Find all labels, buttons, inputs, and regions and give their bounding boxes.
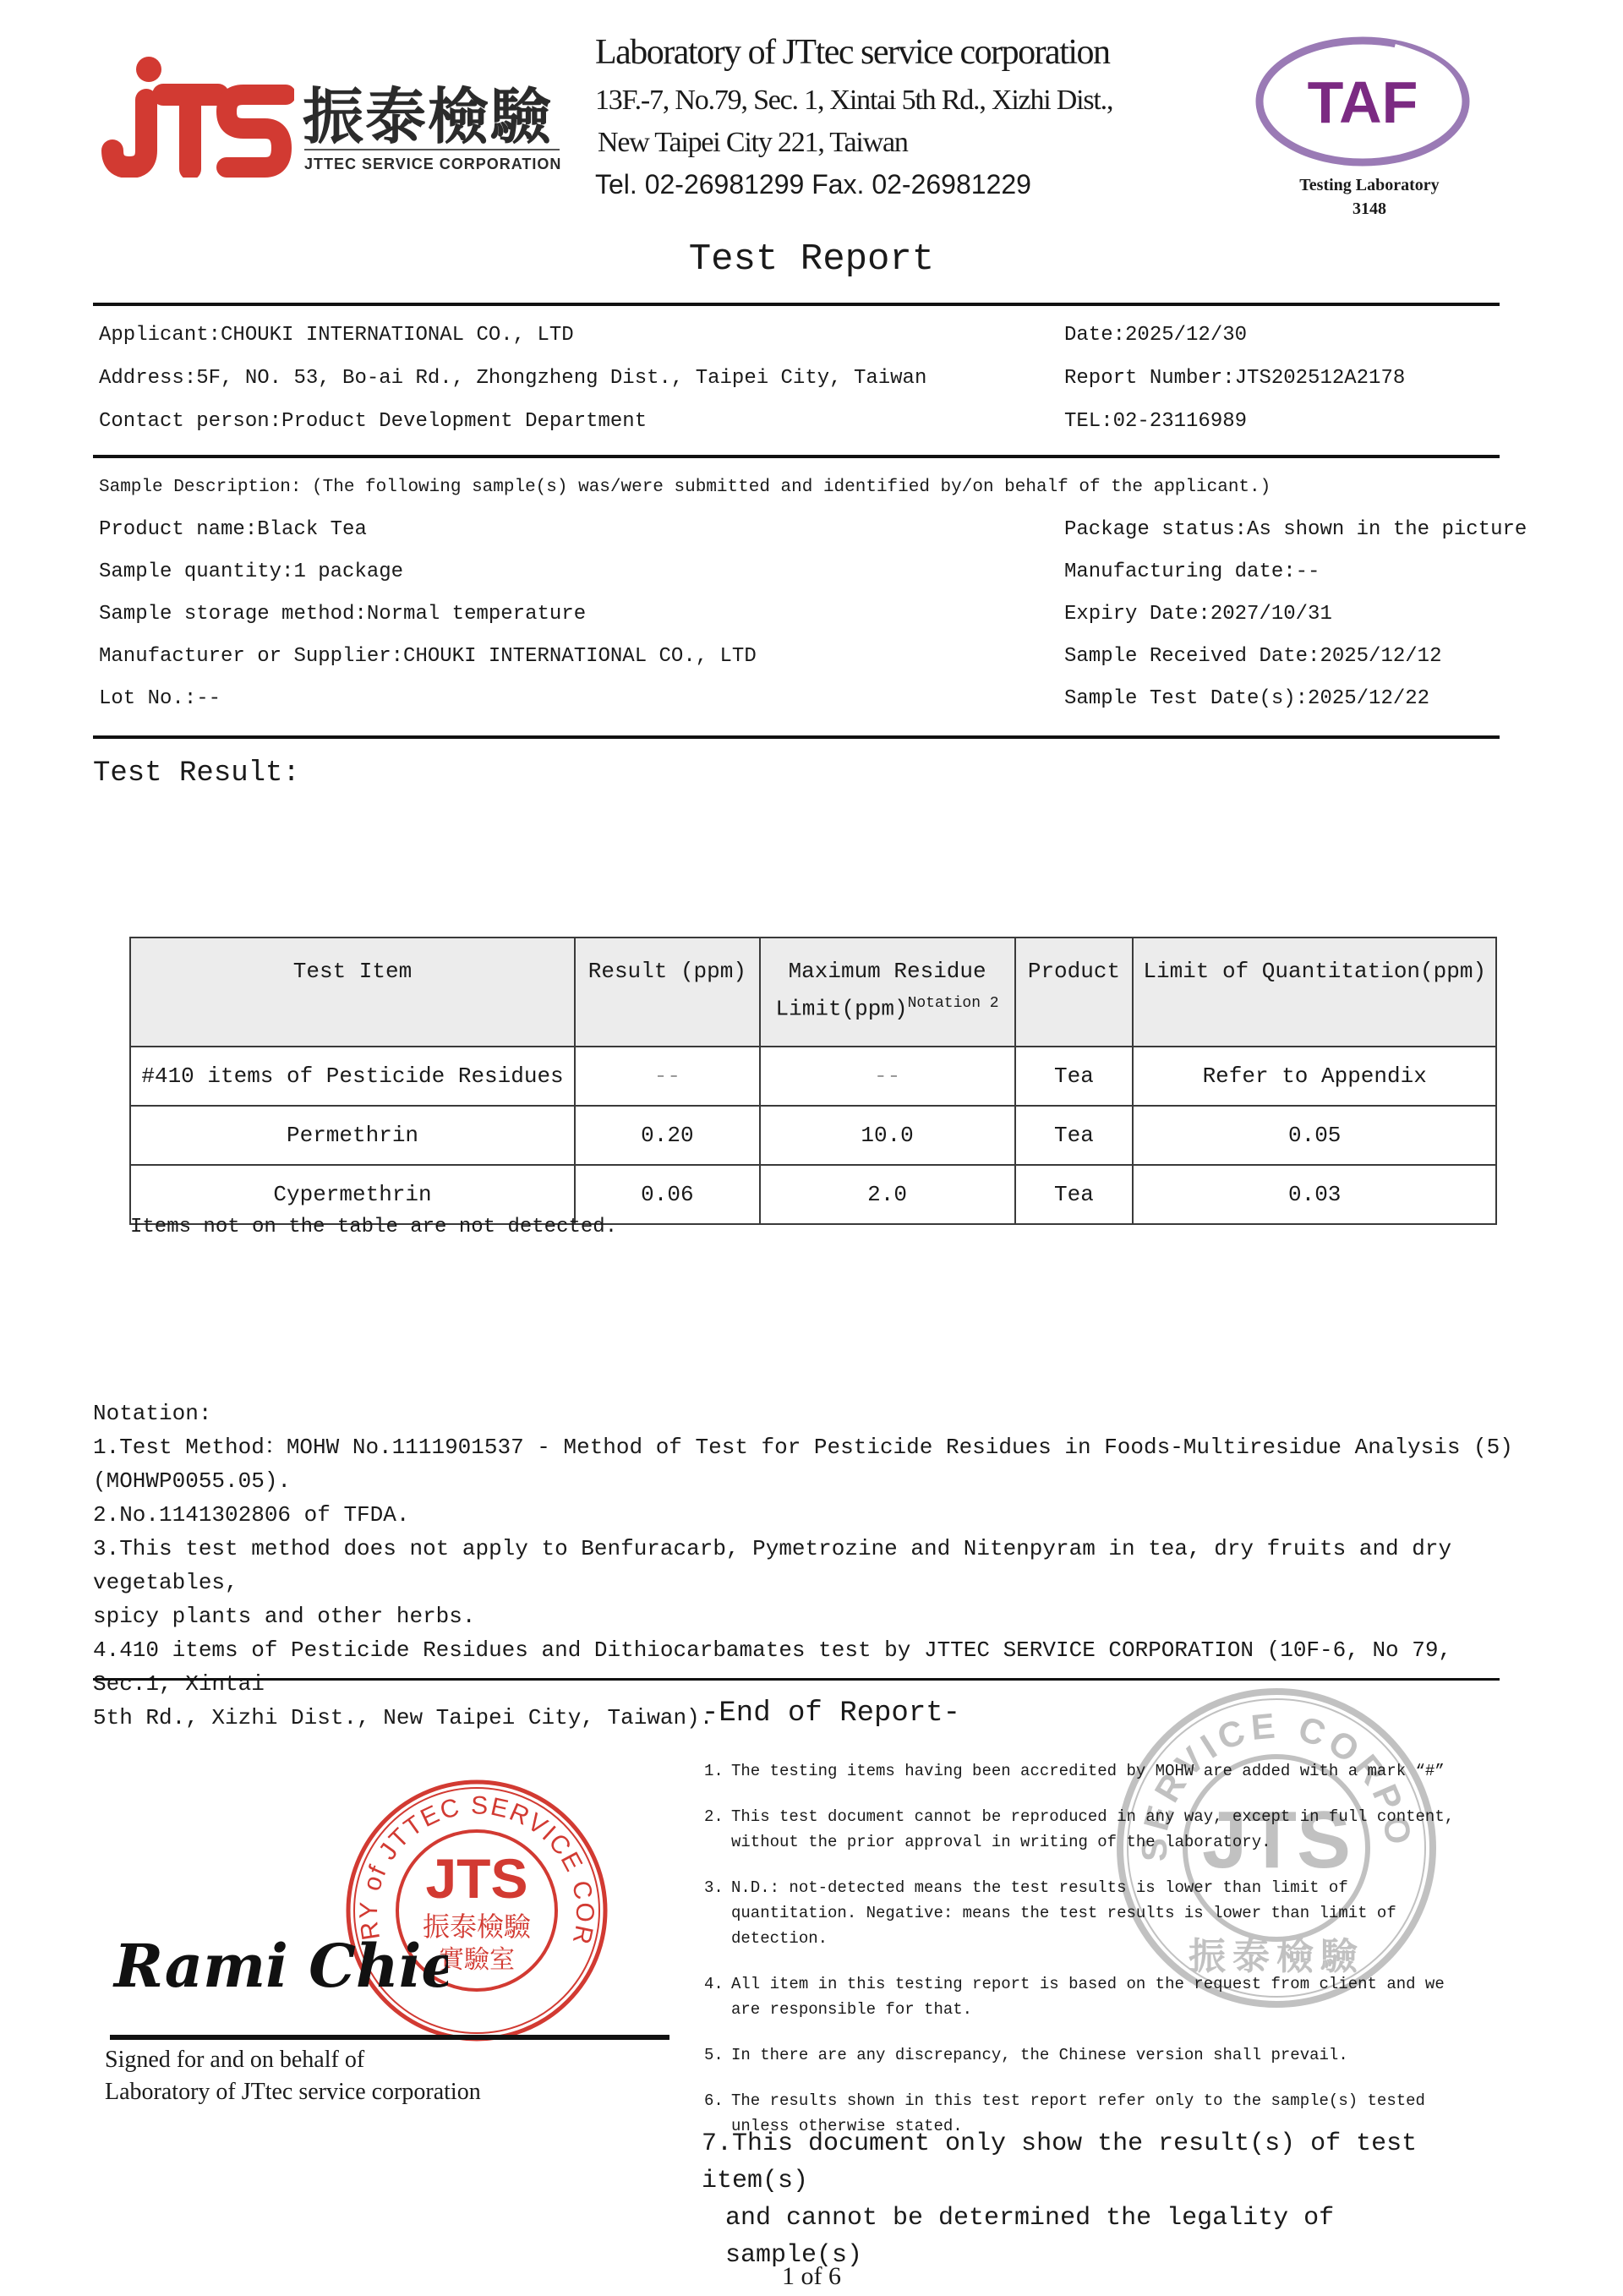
notation-heading: Notation: bbox=[93, 1397, 1530, 1430]
taf-caption-text: Testing Laboratory bbox=[1268, 173, 1471, 197]
column-header-mrl: Maximum Residue Limit(ppm)Notation 2 bbox=[760, 938, 1015, 1047]
lot-number-field: Lot No.:-- bbox=[99, 686, 221, 712]
logo-chinese-name: 振泰檢驗 bbox=[303, 68, 553, 156]
term-item: 4.All item in this testing report is bas… bbox=[704, 1971, 1482, 2022]
term-item: 5.In there are any discrepancy, the Chin… bbox=[704, 2042, 1482, 2068]
lab-address-line2: New Taipei City 221, Taiwan bbox=[598, 127, 908, 159]
cell-result: 0.20 bbox=[575, 1106, 760, 1165]
cell-product: Tea bbox=[1015, 1047, 1134, 1106]
table-row: Permethrin 0.20 10.0 Tea 0.05 bbox=[130, 1106, 1496, 1165]
column-header-result: Result (ppm) bbox=[575, 938, 760, 1047]
cell-test-item: Permethrin bbox=[130, 1106, 575, 1165]
signature-caption: Signed for and on behalf of Laboratory o… bbox=[105, 2044, 481, 2108]
notation-item: 3.This test method does not apply to Ben… bbox=[93, 1532, 1530, 1633]
table-row: #410 items of Pesticide Residues -- -- T… bbox=[130, 1047, 1496, 1106]
manufacturing-date-field: Manufacturing date:-- bbox=[1064, 560, 1320, 585]
cell-loq: Refer to Appendix bbox=[1133, 1047, 1496, 1106]
lab-name: Laboratory of JTtec service corporation bbox=[595, 32, 1110, 73]
logo-english-name: JTTEC SERVICE CORPORATION bbox=[304, 156, 561, 173]
address-field: Address:5F, NO. 53, Bo-ai Rd., Zhongzhen… bbox=[99, 366, 926, 391]
cell-product: Tea bbox=[1015, 1165, 1134, 1224]
column-header-loq: Limit of Quantitation(ppm) bbox=[1133, 938, 1496, 1047]
cell-loq: 0.03 bbox=[1133, 1165, 1496, 1224]
results-table: Test Item Result (ppm) Maximum Residue L… bbox=[129, 937, 1497, 1225]
table-footnote: Items not on the table are not detected. bbox=[130, 1216, 617, 1238]
end-of-report: -End of Report- bbox=[702, 1697, 960, 1730]
report-number-field: Report Number:JTS202512A2178 bbox=[1064, 366, 1405, 391]
divider bbox=[93, 1678, 1500, 1681]
signature-icon: Rami Chien bbox=[110, 1919, 448, 2012]
column-header-test-item: Test Item bbox=[130, 938, 575, 1047]
tel-number: 02-26981299 bbox=[645, 169, 805, 200]
tel-label: Tel. bbox=[595, 169, 637, 200]
date-field: Date:2025/12/30 bbox=[1064, 323, 1247, 348]
test-date-field: Sample Test Date(s):2025/12/22 bbox=[1064, 686, 1429, 712]
cell-mrl: 10.0 bbox=[760, 1106, 1015, 1165]
notation-section: Notation: 1.Test Method：MOHW No.11119015… bbox=[93, 1397, 1530, 1735]
taf-lab-number: 3148 bbox=[1268, 197, 1471, 221]
svg-text:實驗室: 實驗室 bbox=[439, 1945, 515, 1975]
cell-mrl: -- bbox=[760, 1047, 1015, 1106]
storage-method-field: Sample storage method:Normal temperature bbox=[99, 602, 586, 627]
term-item: 3.N.D.: not-detected means the test resu… bbox=[704, 1875, 1482, 1951]
notation-item: 2.No.1141302806 of TFDA. bbox=[93, 1498, 1530, 1532]
expiry-date-field: Expiry Date:2027/10/31 bbox=[1064, 602, 1332, 627]
term-item-7: 7.This document only show the result(s) … bbox=[702, 2125, 1462, 2274]
cell-result: -- bbox=[575, 1047, 760, 1106]
lab-address-line1: 13F.-7, No.79, Sec. 1, Xintai 5th Rd., X… bbox=[595, 85, 1112, 117]
svg-text:Rami Chien: Rami Chien bbox=[112, 1931, 448, 2001]
fax-number: 02-26981229 bbox=[872, 169, 1031, 200]
contact-person-field: Contact person:Product Development Depar… bbox=[99, 409, 647, 435]
product-name-field: Product name:Black Tea bbox=[99, 517, 367, 543]
received-date-field: Sample Received Date:2025/12/12 bbox=[1064, 644, 1441, 670]
page-number: 1 of 6 bbox=[0, 2262, 1623, 2291]
table-header-row: Test Item Result (ppm) Maximum Residue L… bbox=[130, 938, 1496, 1047]
sample-description: Sample Description: (The following sampl… bbox=[99, 475, 1271, 500]
sample-quantity-field: Sample quantity:1 package bbox=[99, 560, 403, 585]
report-title: Test Report bbox=[0, 238, 1623, 281]
column-header-product: Product bbox=[1015, 938, 1134, 1047]
package-status-field: Package status:As shown in the picture bbox=[1064, 517, 1527, 543]
lab-contact: Tel. 02-26981299 Fax. 02-26981229 bbox=[595, 169, 1031, 200]
svg-text:JTS: JTS bbox=[425, 1847, 527, 1910]
cell-product: Tea bbox=[1015, 1106, 1134, 1165]
tel-field: TEL:02-23116989 bbox=[1064, 409, 1247, 435]
notation-item: 1.Test Method：MOHW No.1111901537 - Metho… bbox=[93, 1430, 1530, 1498]
cell-mrl: 2.0 bbox=[760, 1165, 1015, 1224]
logo-divider bbox=[304, 149, 560, 150]
taf-accreditation-logo-icon: TAF bbox=[1251, 25, 1488, 173]
divider bbox=[93, 455, 1500, 458]
jts-logo-icon bbox=[100, 51, 294, 178]
fax-label: Fax. bbox=[811, 169, 864, 200]
signature-line bbox=[110, 2035, 669, 2040]
cell-loq: 0.05 bbox=[1133, 1106, 1496, 1165]
applicant-field: Applicant:CHOUKI INTERNATIONAL CO., LTD bbox=[99, 323, 574, 348]
cell-test-item: #410 items of Pesticide Residues bbox=[130, 1047, 575, 1106]
divider bbox=[93, 303, 1500, 306]
test-result-heading: Test Result: bbox=[93, 757, 300, 790]
terms-list: 1.The testing items having been accredit… bbox=[704, 1758, 1482, 2159]
taf-caption: Testing Laboratory 3148 bbox=[1268, 173, 1471, 221]
svg-text:TAF: TAF bbox=[1308, 69, 1418, 135]
divider bbox=[93, 735, 1500, 739]
term-item: 2.This test document cannot be reproduce… bbox=[704, 1804, 1482, 1855]
manufacturer-field: Manufacturer or Supplier:CHOUKI INTERNAT… bbox=[99, 644, 757, 670]
term-item: 1.The testing items having been accredit… bbox=[704, 1758, 1482, 1784]
